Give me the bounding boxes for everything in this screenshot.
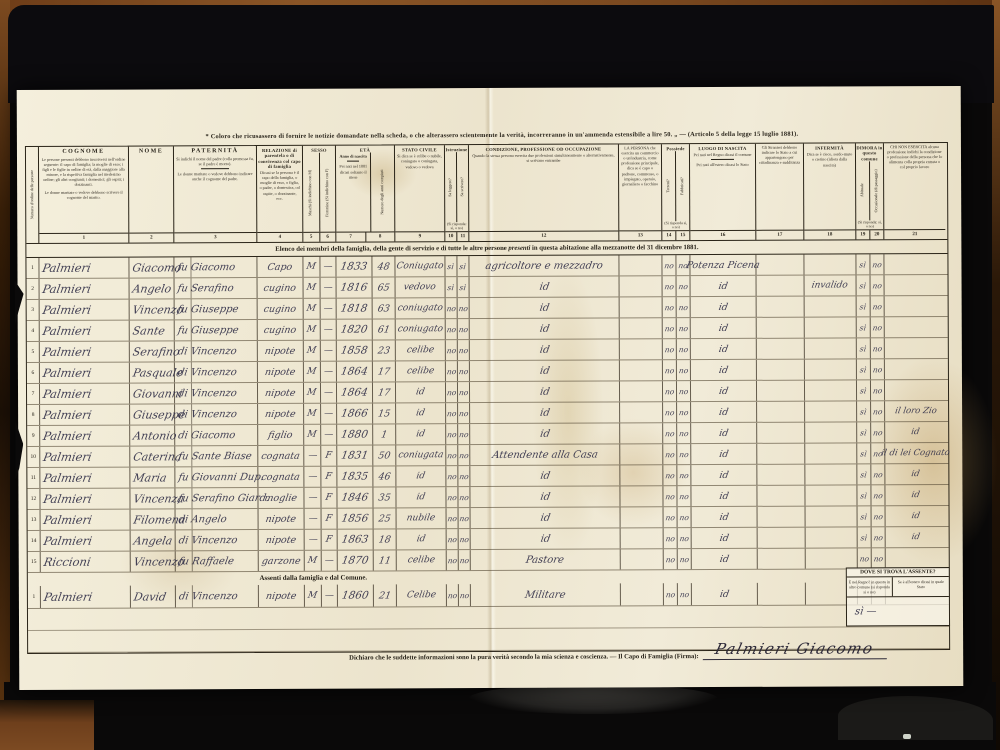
col-condizione: CONDIZIONE, PROFESSIONE OD OCCUPAZIONE Q… (469, 144, 619, 241)
cell-fabbricati: no (677, 444, 691, 464)
cell-relazione: nipote (258, 362, 304, 382)
cell-stato-civile: nubile (397, 508, 447, 528)
cell-dimora-occasionale: no (871, 275, 885, 295)
cell-sesso-m: — (305, 509, 322, 529)
census-sheet: * Coloro che ricusassero di fornire le n… (17, 86, 964, 690)
cell-anni-compiuti: 17 (373, 361, 396, 381)
cell-stranieri (757, 402, 805, 422)
cell-chi-non-esercita: il loro Zio (885, 401, 946, 421)
cell-la-persona (621, 549, 664, 569)
cell-terreni: no (663, 402, 677, 422)
cell-infermita (805, 380, 857, 400)
cell-luogo-nascita: id (691, 423, 757, 443)
cell-paternita: di Vincenzo (176, 530, 259, 550)
family-rows: 1 Palmieri Giacomo fu Giacomo Capo M — 1… (26, 254, 948, 573)
cell-anno-nascita: 1864 (337, 383, 373, 403)
cell-sesso-m: M (304, 278, 321, 298)
cell-sa-scrivere: no (458, 466, 470, 486)
cell-stranieri (757, 423, 805, 443)
declaration-text: Dichiaro che le suddette informazioni so… (349, 653, 699, 662)
cell-sa-scrivere: no (459, 529, 471, 549)
col-cognome: COGNOME Le persone presenti debbono insc… (39, 147, 129, 243)
cell-fabbricati: no (677, 402, 691, 422)
cell-luogo-nascita: id (692, 507, 758, 527)
cell-terreni: no (663, 276, 677, 296)
cell-sa-scrivere: no (458, 403, 470, 423)
photo-scene: * Coloro che ricusassero di fornire le n… (0, 0, 1000, 750)
cell-sesso-f: — (321, 299, 337, 319)
torn-edge-notch (15, 420, 23, 480)
cell-sa-leggere: no (446, 466, 458, 486)
cell-infermita (805, 296, 857, 316)
cell-chi-non-esercita (885, 296, 946, 316)
cell-infermita (805, 401, 857, 421)
cell-stranieri (757, 486, 805, 506)
cell-infermita (805, 359, 857, 379)
cell-cognome: Palmieri (39, 258, 129, 278)
cell-fabbricati: no (678, 507, 692, 527)
col-relazione: RELAZIONE di parentela o di convivenza c… (257, 146, 303, 242)
cell-cognome: Riccioni (41, 552, 131, 572)
cell-anno-nascita: 1864 (337, 362, 373, 382)
cell-sa-scrivere: no (459, 508, 471, 528)
cell-dimora-abituale: sì (857, 464, 871, 484)
cell-la-persona (620, 276, 663, 296)
cell-sesso-f: F (322, 530, 338, 550)
cell-stato-civile: id (396, 487, 446, 507)
cell-paternita: fu Raffaele (176, 551, 259, 571)
cell-row-number: 5 (27, 342, 40, 362)
cell-row-number: 6 (27, 363, 40, 383)
absent-location-box: DOVE SI TROVA L'ASSENTE? È nel Regno? in… (846, 567, 950, 626)
cell-la-persona (620, 339, 663, 359)
cell-la-persona (620, 318, 663, 338)
cell-nome: David (131, 585, 176, 607)
cell-stranieri (758, 549, 806, 569)
cell-paternita: di Angelo (176, 509, 259, 529)
cell-dimora-abituale: sì (857, 296, 871, 316)
cell-sesso-m: — (305, 530, 322, 550)
cell-terreni: no (664, 507, 678, 527)
cell-anni-compiuti: 15 (373, 403, 396, 423)
cell-nome: Vincenzo (131, 551, 176, 571)
cell-condizione: id (471, 528, 621, 549)
col-numero-ordine: Numero d'ordine delle persone (26, 147, 39, 243)
cell-cognome: Palmieri (40, 468, 130, 488)
cell-sa-scrivere: no (458, 340, 470, 360)
cell-nome: Sante (130, 320, 175, 340)
cell-condizione: id (470, 318, 620, 339)
cell-relazione: nipote (258, 383, 304, 403)
cell-sa-leggere: no (446, 487, 458, 507)
cell-anno-nascita: 1856 (338, 509, 374, 529)
cell-fabbricati: no (677, 339, 691, 359)
cell-sa-scrivere: no (458, 445, 470, 465)
cell-luogo-nascita: id (691, 360, 757, 380)
cell-cognome: Palmieri (41, 510, 131, 530)
cell-la-persona (620, 465, 663, 485)
cell-fabbricati: no (677, 318, 691, 338)
cell-sesso-f: — (322, 551, 338, 571)
cell-fabbricati: no (677, 381, 691, 401)
cell-nome: Antonio (130, 425, 175, 445)
cell-dimora-occasionale: no (871, 485, 885, 505)
cell-sesso-f: — (321, 362, 337, 382)
cell-paternita: fu Sante Biase (175, 446, 258, 466)
cell-anno-nascita: 1831 (337, 446, 373, 466)
absent-location-title: DOVE SI TROVA L'ASSENTE? (847, 568, 949, 577)
cell-sesso-f: — (321, 383, 337, 403)
wood-table-left (0, 0, 10, 750)
cell-sesso-m: — (304, 467, 321, 487)
cell-anni-compiuti: 63 (373, 298, 396, 318)
cell-row-number: 13 (28, 510, 41, 530)
cell-infermita (805, 338, 857, 358)
cell-dimora-occasionale: no (871, 359, 885, 379)
cell-infermita (806, 527, 858, 547)
cell-stranieri (757, 276, 805, 296)
cell-nome: Vincenza (130, 488, 175, 508)
cell-row-number: 8 (27, 405, 40, 425)
cell-row-number: 1 (28, 586, 41, 608)
cell-fabbricati: no (677, 297, 691, 317)
cell-sesso-f: — (320, 257, 336, 277)
cell-cognome: Palmieri (40, 321, 130, 341)
cell-fabbricati: no (678, 549, 692, 569)
col-istruzione: Istruzione Sa leggere? Sa scrivere? (Si … (445, 145, 469, 241)
cell-nome: Caterina (130, 446, 175, 466)
cell-sesso-f: — (321, 278, 337, 298)
col-sesso: SESSO Maschi (Si indichino con M) Femmin… (303, 146, 336, 242)
cell-chi-non-esercita (885, 338, 946, 358)
col-la-persona: LA PERSONA che esercita un commercio o u… (619, 144, 662, 240)
cell-sa-leggere: no (447, 529, 459, 549)
cell-relazione: nipote (259, 585, 305, 607)
cell-sa-leggere: no (446, 424, 458, 444)
cell-row-number: 7 (27, 384, 40, 404)
cell-dimora-abituale: sì (857, 380, 871, 400)
cell-paternita: di Vincenzo (175, 362, 258, 382)
cell-terreni: no (663, 318, 677, 338)
col-nome: NOME 2 (129, 146, 174, 242)
cell-relazione: nipote (259, 530, 305, 550)
cell-stranieri (757, 381, 805, 401)
cell-la-persona (620, 423, 663, 443)
cell-dimora-abituale: sì (858, 527, 872, 547)
cell-cognome: Palmieri (41, 531, 131, 551)
absent-location-answer: sì — (847, 597, 949, 625)
cell-stranieri (758, 507, 806, 527)
cell-dimora-occasionale: no (870, 254, 884, 274)
cell-row-number: 1 (26, 258, 39, 278)
cell-la-persona (620, 360, 663, 380)
cell-sa-leggere: no (446, 340, 458, 360)
cell-terreni: no (662, 255, 676, 275)
cell-luogo-nascita: id (691, 381, 757, 401)
cell-row-number: 2 (27, 279, 40, 299)
col-eta: ETÀ Anno di nascita Pei nati nel 1881 di… (336, 145, 395, 241)
cell-condizione: id (470, 402, 620, 423)
cell-anno-nascita: 1820 (337, 320, 373, 340)
cell-la-persona (621, 507, 664, 527)
cell-row-number: 9 (27, 426, 40, 446)
cell-dimora-occasionale: no (871, 296, 885, 316)
table-header: Numero d'ordine delle persone COGNOME Le… (26, 143, 947, 244)
cell-dimora-abituale: sì (857, 401, 871, 421)
cell-anno-nascita: 1863 (338, 530, 374, 550)
cell-la-persona (620, 381, 663, 401)
cell-sa-leggere: no (447, 584, 459, 606)
cell-anni-compiuti: 21 (374, 584, 397, 606)
cell-nome: Giacomo (129, 257, 174, 277)
cell-anno-nascita: 1835 (337, 467, 373, 487)
cell-row-number: 14 (28, 531, 41, 551)
cell-anno-nascita: 1816 (337, 278, 373, 298)
cell-la-persona (621, 528, 664, 548)
cell-sesso-m: M (304, 362, 321, 382)
cell-sa-leggere: sì (445, 256, 457, 276)
cell-stranieri (757, 360, 805, 380)
cell-relazione: moglie (258, 488, 304, 508)
col-stato-civile: STATO CIVILE Si dica se è celibe o nubil… (395, 145, 445, 241)
cell-anno-nascita: 1858 (337, 341, 373, 361)
cell-paternita: fu Giovanni Dup. (175, 467, 258, 487)
torn-edge-notch (15, 280, 24, 326)
cell-fabbricati: no (677, 276, 691, 296)
cell-sa-leggere: no (446, 361, 458, 381)
cell-stranieri (757, 465, 805, 485)
cell-relazione: cugino (258, 320, 304, 340)
cell-paternita: di Vincenzo (176, 585, 259, 607)
cell-nome: Maria (130, 467, 175, 487)
cell-sa-leggere: no (446, 403, 458, 423)
cell-anno-nascita: 1846 (337, 488, 373, 508)
cell-luogo-nascita: id (691, 465, 757, 485)
cell-luogo-nascita: id (691, 339, 757, 359)
cell-chi-non-esercita (885, 380, 946, 400)
cell-fabbricati: no (678, 583, 692, 605)
cell-sa-scrivere: no (459, 550, 471, 570)
cell-dimora-abituale: sì (857, 485, 871, 505)
cell-stranieri (757, 444, 805, 464)
cell-relazione: figlio (258, 425, 304, 445)
cell-anni-compiuti: 61 (373, 319, 396, 339)
cell-anno-nascita: 1870 (338, 551, 374, 571)
absent-location-headers: È nel Regno? in questo in altro comune (… (847, 577, 949, 597)
cell-nome: Serafino (130, 341, 175, 361)
cell-relazione: nipote (258, 404, 304, 424)
cell-sa-leggere: no (446, 319, 458, 339)
cell-cognome: Palmieri (40, 279, 130, 299)
cell-nome: Angela (131, 530, 176, 550)
cell-chi-non-esercita: id (885, 485, 946, 505)
cell-stato-civile: vedovo (396, 277, 446, 297)
cell-sesso-f: F (321, 446, 337, 466)
col-possiede: Possiede Terreni? Fabbricati? (Si rispon… (662, 144, 690, 240)
cell-anno-nascita: 1880 (337, 425, 373, 445)
cell-paternita: fu Serafino Giard. (175, 488, 258, 508)
cell-infermita (806, 506, 858, 526)
cell-infermita (804, 254, 856, 274)
cell-nome: Filomena (131, 509, 176, 529)
cell-dimora-occasionale: no (871, 401, 885, 421)
cell-la-persona (619, 255, 662, 275)
cell-cognome: Palmieri (40, 489, 130, 509)
cell-anni-compiuti: 1 (373, 424, 396, 444)
cell-sesso-m: M (304, 341, 321, 361)
cell-anni-compiuti: 11 (374, 550, 397, 570)
cell-luogo-nascita: id (691, 318, 757, 338)
cell-paternita: di Vincenzo (175, 383, 258, 403)
cell-stranieri (758, 583, 806, 605)
cell-paternita: fu Giacomo (174, 257, 257, 277)
cell-stato-civile: celibe (397, 550, 447, 570)
cell-sa-scrivere: no (458, 298, 470, 318)
cell-cognome: Palmieri (40, 363, 130, 383)
cell-nome: Vincenzo (130, 299, 175, 319)
cell-relazione: cognata (258, 446, 304, 466)
cell-la-persona (620, 402, 663, 422)
cell-anno-nascita: 1833 (336, 257, 372, 277)
cell-paternita: di Vincenzo (175, 341, 258, 361)
cell-paternita: fu Serafino (175, 278, 258, 298)
cell-chi-non-esercita: il di lei Cognato (885, 443, 946, 463)
cell-anni-compiuti: 23 (373, 340, 396, 360)
cell-terreni: no (664, 549, 678, 569)
cell-infermita (805, 485, 857, 505)
cell-dimora-abituale: sì (857, 359, 871, 379)
cell-dimora-occasionale: no (872, 527, 886, 547)
cell-sa-leggere: no (446, 382, 458, 402)
cell-luogo-nascita: id (691, 402, 757, 422)
cell-paternita: di Vincenzo (175, 404, 258, 424)
wood-bottom-left (0, 700, 94, 750)
col-paternita: PATERNITÀ Si indichi il nome del padre (… (174, 146, 257, 242)
cell-chi-non-esercita (885, 317, 946, 337)
cell-stranieri (757, 297, 805, 317)
cell-anno-nascita: 1860 (338, 585, 374, 607)
cell-relazione: nipote (259, 509, 305, 529)
cell-nome: Pasquale (130, 362, 175, 382)
cell-sesso-f: F (321, 467, 337, 487)
cell-sesso-m: M (303, 257, 320, 277)
cell-terreni: no (663, 465, 677, 485)
cell-dimora-abituale: sì (857, 338, 871, 358)
cell-sesso-m: — (304, 446, 321, 466)
cell-paternita: fu Giuseppe (175, 320, 258, 340)
cell-stato-civile: Celibe (397, 584, 447, 606)
cell-sa-scrivere: no (458, 361, 470, 381)
cell-anni-compiuti: 17 (373, 382, 396, 402)
cell-anni-compiuti: 50 (373, 445, 396, 465)
cell-fabbricati: no (677, 360, 691, 380)
cell-condizione: Attendente alla Casa (470, 444, 620, 465)
cell-chi-non-esercita (885, 359, 946, 379)
cell-relazione: cognata (258, 467, 304, 487)
cell-sesso-m: M (304, 299, 321, 319)
cell-sesso-f: — (322, 585, 338, 607)
cell-cognome: Palmieri (41, 586, 131, 608)
cell-row-number: 10 (27, 447, 40, 467)
cell-infermita (805, 317, 857, 337)
cell-condizione: Pastore (471, 549, 621, 570)
cell-fabbricati: no (677, 465, 691, 485)
cell-luogo-nascita: id (692, 583, 758, 605)
cell-dimora-occasionale: no (872, 548, 886, 568)
cell-condizione: id (470, 486, 620, 507)
cell-luogo-nascita: Potenza Picena (690, 255, 756, 275)
cell-anni-compiuti: 46 (373, 466, 396, 486)
cell-condizione: agricoltore e mezzadro (469, 255, 619, 276)
cell-anno-nascita: 1866 (337, 404, 373, 424)
cell-stato-civile: coniugato (396, 319, 446, 339)
cell-chi-non-esercita (885, 275, 946, 295)
cell-dimora-abituale: sì (856, 254, 870, 274)
cell-fabbricati: no (677, 486, 691, 506)
cell-dimora-abituale: sì (857, 317, 871, 337)
cell-condizione: id (470, 381, 620, 402)
cell-stranieri (758, 528, 806, 548)
cell-sesso-f: — (321, 341, 337, 361)
cell-chi-non-esercita: id (885, 464, 946, 484)
cell-condizione: id (470, 297, 620, 318)
cell-dimora-abituale: no (858, 548, 872, 568)
person-row: 15 Riccioni Vincenzo fu Raffaele garzone… (28, 548, 949, 573)
cell-dimora-occasionale: no (871, 464, 885, 484)
cell-dimora-occasionale: no (872, 506, 886, 526)
cell-sa-scrivere: no (458, 487, 470, 507)
cell-terreni: no (663, 360, 677, 380)
cell-infermita (805, 422, 857, 442)
cell-relazione: nipote (258, 341, 304, 361)
head-of-family-signature: Palmieri Giacomo (702, 639, 891, 660)
cell-luogo-nascita: id (692, 549, 758, 569)
cell-chi-non-esercita (886, 548, 947, 568)
cell-stato-civile: celibe (396, 340, 446, 360)
cell-anno-nascita: 1818 (337, 299, 373, 319)
cell-terreni: no (663, 381, 677, 401)
cell-sa-scrivere: sì (458, 277, 470, 297)
cell-infermita: invalido (805, 275, 857, 295)
cell-anni-compiuti: 25 (374, 508, 397, 528)
cell-condizione: Militare (471, 583, 621, 606)
cell-stato-civile: id (396, 424, 446, 444)
cell-chi-non-esercita (884, 254, 945, 274)
cell-la-persona (621, 583, 664, 605)
wood-table-right (992, 0, 1000, 750)
cell-stato-civile: Coniugato (395, 256, 445, 276)
cell-luogo-nascita: id (692, 528, 758, 548)
cell-cognome: Palmieri (40, 405, 130, 425)
cell-sesso-f: — (321, 404, 337, 424)
cell-stranieri (756, 255, 804, 275)
cell-dimora-occasionale: no (871, 338, 885, 358)
cell-anni-compiuti: 65 (373, 277, 396, 297)
cell-cognome: Palmieri (40, 300, 130, 320)
book-page-edge (468, 684, 718, 714)
col-chi-non-esercita: CHI NON ESERCITA alcuna professione indi… (884, 143, 945, 239)
cell-la-persona (620, 444, 663, 464)
cell-chi-non-esercita: id (886, 527, 947, 547)
col-infermita: INFERMITÀ Dica se è cieco, sordo-muto o … (804, 143, 856, 239)
cell-fabbricati: no (677, 423, 691, 443)
cell-sesso-m: M (304, 425, 321, 445)
cell-luogo-nascita: id (691, 444, 757, 464)
cell-infermita (805, 443, 857, 463)
cell-sa-scrivere: no (458, 319, 470, 339)
cell-stranieri (757, 318, 805, 338)
cell-sa-scrivere: no (458, 382, 470, 402)
